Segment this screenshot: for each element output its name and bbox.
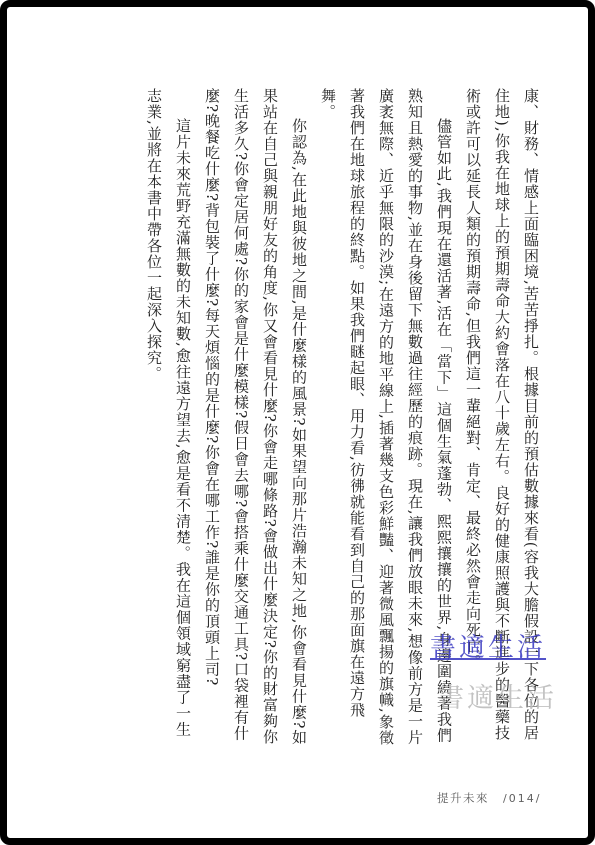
book-page: 康、財務、情感上面臨困境,苦苦掙扎。根據目前的預估數據來看(容我大膽假設一下各位…: [0, 0, 595, 845]
watermark-secondary: 書適生活: [437, 676, 557, 715]
watermark-primary: 書適生活: [430, 627, 546, 664]
paragraph: 這片未來荒野充滿無數的未知數,愈往遠方望去,愈是看不清楚。我在這個領域窮盡了一生…: [139, 88, 197, 746]
page-footer: 提升未來/014/: [437, 790, 541, 806]
footer-page-number: /014/: [503, 792, 541, 805]
paragraph: 你認為,在此地與彼地之間,是什麼樣的風景?如果望向那片浩瀚未知之地,你會看見什麼…: [197, 88, 313, 746]
footer-book-title: 提升未來: [437, 791, 489, 805]
